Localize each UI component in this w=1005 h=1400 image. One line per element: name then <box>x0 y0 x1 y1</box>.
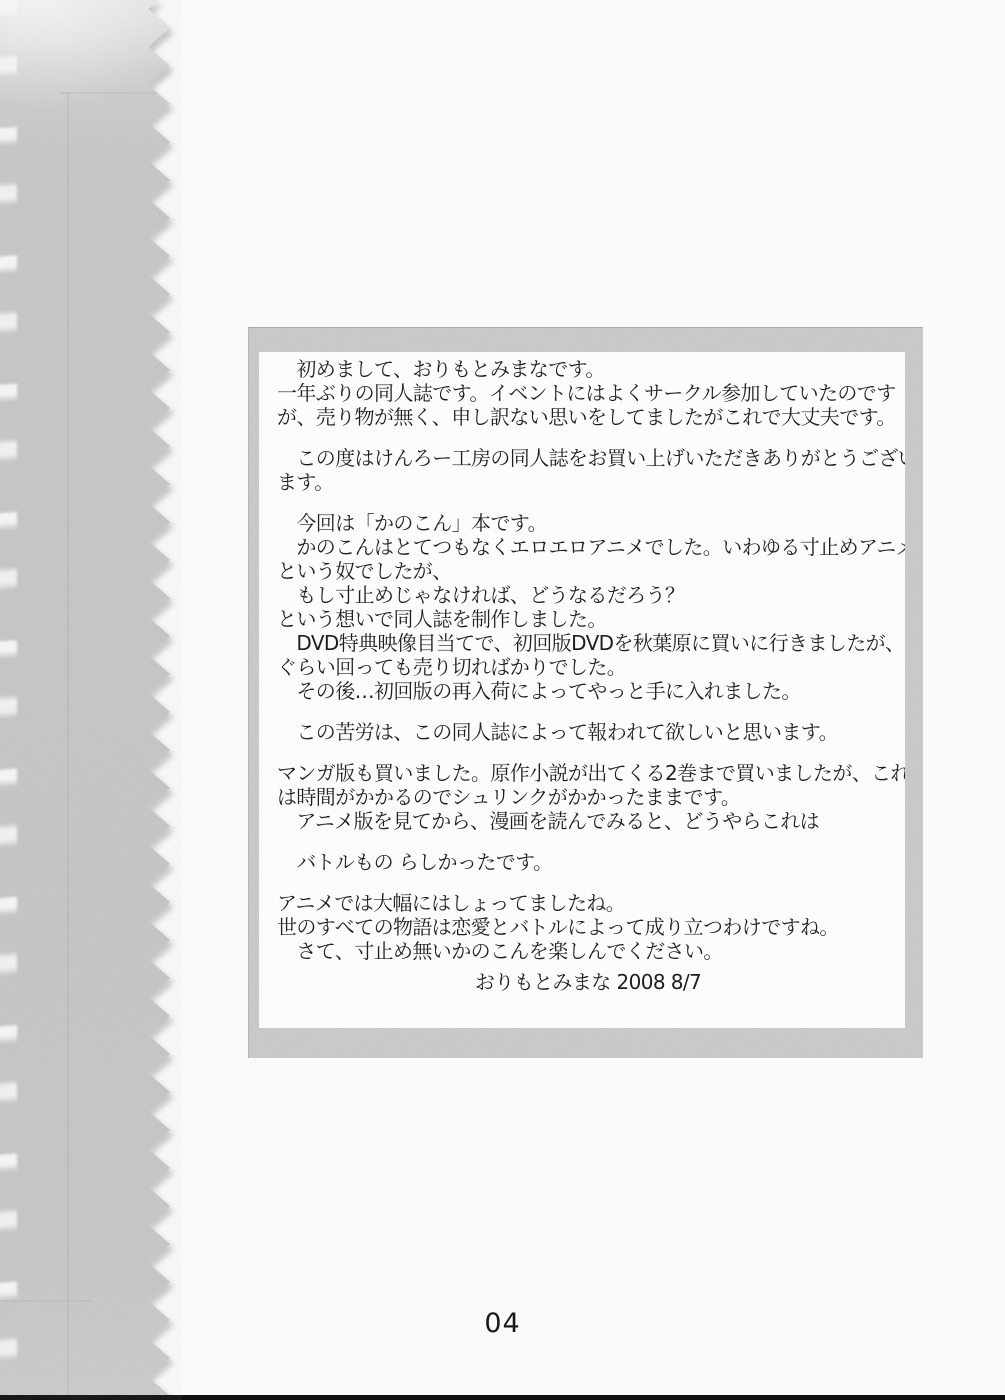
bottom-scan-bar <box>0 1395 1005 1400</box>
text-line: 初めまして、おりもとみまなです。 <box>277 357 899 381</box>
text-line <box>277 429 899 446</box>
page-number: 04 <box>0 1308 1005 1340</box>
afterword-panel: 初めまして、おりもとみまなです。一年ぶりの同人誌です。イベントにはよくサークル参… <box>259 352 905 1028</box>
torn-paper-strip <box>0 0 180 1400</box>
afterword-text: 初めまして、おりもとみまなです。一年ぶりの同人誌です。イベントにはよくサークル参… <box>277 357 899 963</box>
text-line <box>277 494 899 511</box>
text-line: この度はけんろー工房の同人誌をお買い上げいただきありがとうござい <box>277 446 899 470</box>
text-line: アニメでは大幅にはしょってましたね。 <box>277 891 899 915</box>
text-line <box>277 833 899 850</box>
text-line: かのこんはとてつもなくエロエロアニメでした。いわゆる寸止めアニメ <box>277 535 899 559</box>
text-line: は時間がかかるのでシュリンクがかかったままです。 <box>277 785 899 809</box>
text-line: 一年ぶりの同人誌です。イベントにはよくサークル参加していたのです <box>277 381 899 405</box>
text-line: が、売り物が無く、申し訳ない思いをしてましたがこれで大丈夫です。 <box>277 405 899 429</box>
text-line: ます。 <box>277 470 899 494</box>
text-line <box>277 703 899 720</box>
text-line: その後…初回版の再入荷によってやっと手に入れました。 <box>277 679 899 703</box>
text-line: という想いで同人誌を制作しました。 <box>277 607 899 631</box>
showthrough-vertical-line <box>67 92 69 1400</box>
text-line: アニメ版を見てから、漫画を読んでみると、どうやらこれは <box>277 809 899 833</box>
text-line: バトルもの らしかったです。 <box>277 850 899 874</box>
text-line: さて、寸止め無いかのこんを楽しんでください。 <box>277 939 899 963</box>
torn-edge-texture <box>0 0 17 1400</box>
text-line <box>277 744 899 761</box>
signature-line: おりもとみまな 2008 8/7 <box>277 970 899 994</box>
text-line: もし寸止めじゃなければ、どうなるだろう？ <box>277 583 899 607</box>
text-line: 世のすべての物語は恋愛とバトルによって成り立つわけですね。 <box>277 915 899 939</box>
afterword-box: 初めまして、おりもとみまなです。一年ぶりの同人誌です。イベントにはよくサークル参… <box>248 327 923 1058</box>
text-line: この苦労は、この同人誌によって報われて欲しいと思います。 <box>277 720 899 744</box>
torn-paper-strip-body <box>0 0 180 1400</box>
text-line: ぐらい回っても売り切ればかりでした。 <box>277 655 899 679</box>
text-line: 今回は「かのこん」本です。 <box>277 511 899 535</box>
showthrough-horizontal-line <box>60 92 172 94</box>
text-line: マンガ版も買いました。原作小説が出てくる2巻まで買いましたが、これ <box>277 761 899 785</box>
text-line <box>277 874 899 891</box>
text-line: DVD特典映像目当てで、初回版DVDを秋葉原に買いに行きましたが、10件 <box>277 631 899 655</box>
text-line: という奴でしたが、 <box>277 559 899 583</box>
